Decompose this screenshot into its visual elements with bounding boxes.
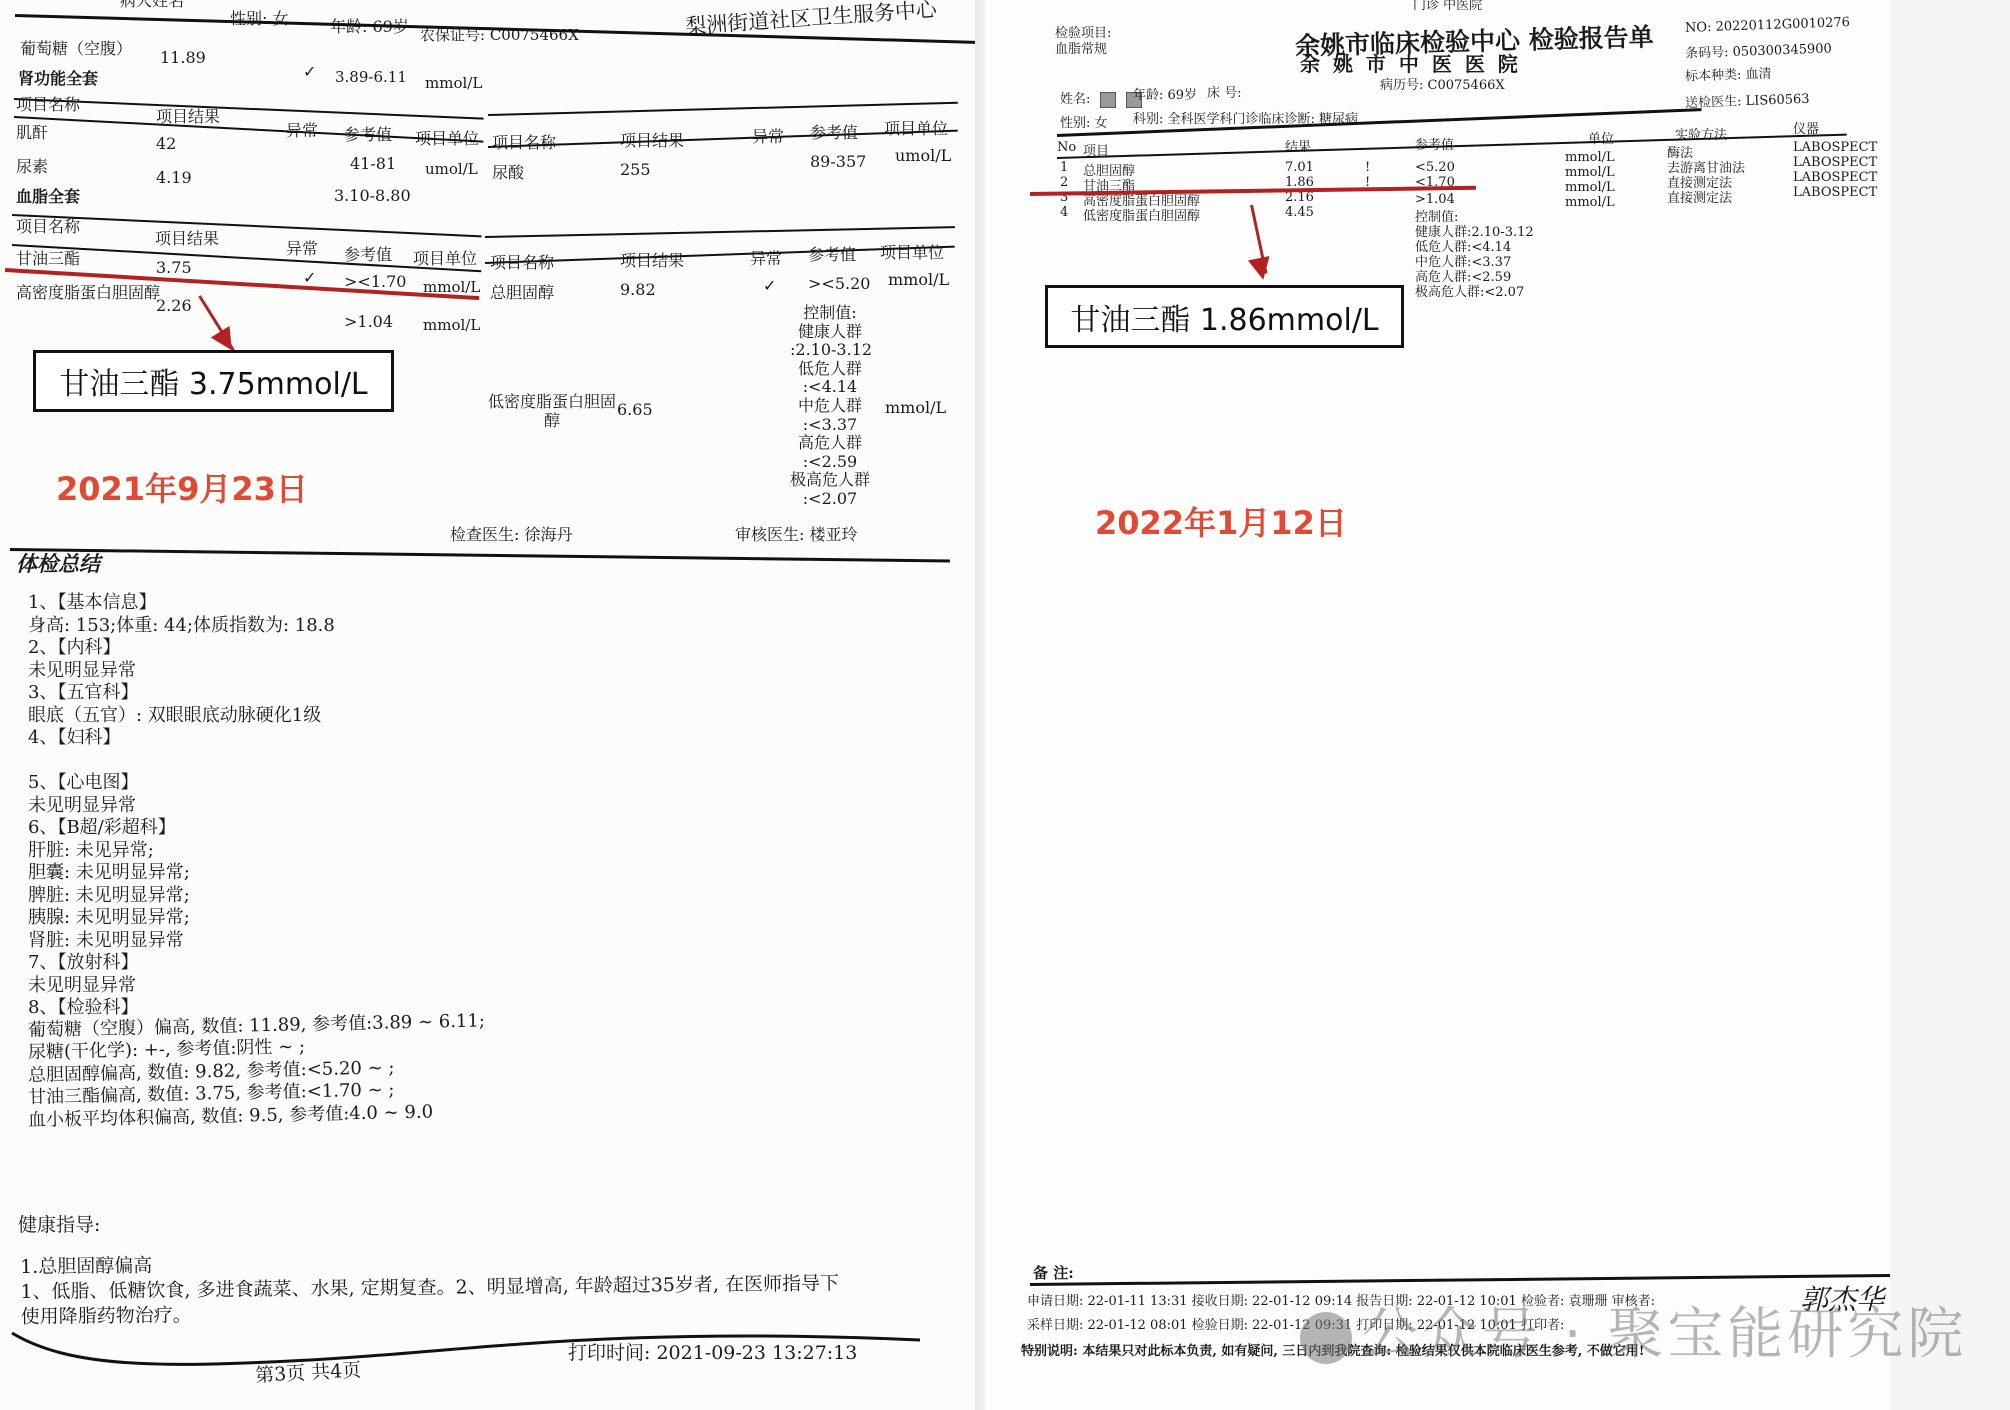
cell-unit: mmol/L bbox=[1565, 165, 1615, 180]
cell-no: 4 bbox=[1060, 205, 1068, 220]
triglyceride-flag: ✓ bbox=[303, 268, 316, 287]
header-result: 项目结果 bbox=[620, 128, 684, 151]
patient-name-label: 姓名: bbox=[1060, 88, 1142, 108]
cell-ref: <5.20 bbox=[1415, 160, 1455, 175]
summary-line: 肝脏: 未见异常; bbox=[28, 840, 485, 863]
summary-line: 2、【内科】 bbox=[28, 637, 485, 660]
cell-flag: ! bbox=[1365, 160, 1370, 175]
guidance-title: 健康指导: bbox=[18, 1210, 100, 1237]
header-ref: 参考值 bbox=[344, 242, 392, 265]
summary-line: 4、【妇科】 bbox=[28, 727, 485, 750]
header-unit: 项目单位 bbox=[413, 246, 477, 269]
ref-line: :2.10-3.12 bbox=[790, 341, 870, 360]
test-item-value: 血脂常规 bbox=[1055, 38, 1107, 57]
summary-line: 6、【B超/彩超科】 bbox=[28, 817, 485, 840]
summary-line: 7、【放射科】 bbox=[28, 952, 485, 975]
ldl-result: 6.65 bbox=[617, 400, 653, 419]
summary-line: 1、【基本信息】 bbox=[28, 592, 485, 615]
right-report-page: 门诊 中医院 检验项目: 血脂常规 余姚市临床检验中心 检验报告单 余 姚 市 … bbox=[985, 0, 1890, 1410]
header-name: 项目名称 bbox=[16, 92, 80, 115]
glucose-unit: mmol/L bbox=[425, 74, 482, 92]
row-ref: 3.10-8.80 bbox=[334, 186, 411, 205]
gender: 性别: 女 bbox=[230, 6, 288, 29]
summary-line: 眼底（五官）: 双眼眼底动脉硬化1级 bbox=[28, 705, 485, 728]
ref-line: 低危人群 bbox=[790, 360, 870, 379]
summary-line: 3、【五官科】 bbox=[28, 682, 485, 705]
row-ref: 41-81 bbox=[350, 154, 396, 173]
header-unit: 项目单位 bbox=[884, 116, 948, 139]
hdl-name: 高密度脂蛋白胆固醇 bbox=[16, 280, 160, 303]
partial-header-text: 病人姓名 bbox=[120, 0, 184, 11]
header-unit: 项目单位 bbox=[880, 240, 944, 263]
summary-line: 未见明显异常 bbox=[28, 660, 485, 683]
print-time: 打印时间: 2021-09-23 13:27:13 bbox=[568, 1338, 857, 1365]
date-label-2022: 2022年1月12日 bbox=[1095, 498, 1347, 544]
cell-result: 4.45 bbox=[1285, 205, 1314, 220]
header-name: 项目名称 bbox=[16, 214, 80, 237]
ref-line: 中危人群 bbox=[790, 397, 870, 416]
lipid-section-title: 血脂全套 bbox=[16, 184, 80, 207]
ref-line: 控制值: bbox=[790, 304, 870, 323]
row-result: 4.19 bbox=[156, 168, 192, 187]
row-name: 肌酐 bbox=[16, 120, 48, 143]
header-result: 项目结果 bbox=[155, 226, 219, 249]
row-name: 尿素 bbox=[16, 154, 48, 177]
summary-line: 5、【心电图】 bbox=[28, 772, 485, 795]
total-cholesterol-name: 总胆固醇 bbox=[490, 280, 554, 303]
header-abnormal: 异常 bbox=[750, 246, 782, 269]
cell-ref: >1.04 bbox=[1415, 192, 1455, 207]
hospital-name: 余 姚 市 中 医 医 院 bbox=[1300, 48, 1521, 77]
triglyceride-callout-2021: 甘油三酯 3.75mmol/L bbox=[33, 350, 394, 412]
record-no: 病历号: C0075466X bbox=[1380, 74, 1505, 93]
patient-age: 年龄: 69岁 bbox=[1133, 84, 1197, 103]
col-ref: 参考值 bbox=[1415, 134, 1454, 153]
total-cholesterol-result: 9.82 bbox=[620, 280, 656, 299]
ref-line: 中危人群:<3.37 bbox=[1415, 255, 1534, 270]
bed-no: 床 号: bbox=[1207, 82, 1242, 101]
divider bbox=[488, 102, 958, 116]
row-result: 42 bbox=[156, 134, 176, 153]
divider bbox=[12, 214, 482, 237]
header-name: 项目名称 bbox=[490, 250, 554, 273]
ref-line: 健康人群:2.10-3.12 bbox=[1415, 225, 1534, 240]
ref-line: 极高危人群:<2.07 bbox=[1415, 285, 1534, 300]
ldl-reference-list: 控制值:健康人群:2.10-3.12低危人群:<4.14中危人群:<3.37高危… bbox=[790, 304, 870, 509]
cell-no: 1 bbox=[1060, 160, 1068, 175]
divider bbox=[12, 244, 481, 272]
specimen-type: 标本种类: 血清 bbox=[1685, 62, 1772, 84]
cell-result: 7.01 bbox=[1285, 160, 1314, 175]
date-label-2021: 2021年9月23日 bbox=[56, 464, 308, 510]
review-doctor: 审核医生: 楼亚玲 bbox=[735, 522, 857, 545]
ldl-reference-list: 控制值:健康人群:2.10-3.12低危人群:<4.14中危人群:<3.37高危… bbox=[1415, 210, 1534, 300]
summary-line: 未见明显异常 bbox=[28, 975, 485, 998]
cell-unit: mmol/L bbox=[1565, 195, 1615, 210]
summary-line: 胰腺: 未见明显异常; bbox=[28, 907, 485, 930]
total-cholesterol-ref: ><5.20 bbox=[808, 274, 870, 293]
divider bbox=[1030, 1274, 1890, 1286]
dept-top: 门诊 中医院 bbox=[1413, 0, 1482, 13]
ref-line: 高危人群 bbox=[790, 434, 870, 453]
glucose-name: 葡萄糖（空腹） bbox=[20, 36, 132, 59]
summary-line: 肾脏: 未见明显异常 bbox=[28, 930, 485, 953]
left-report-page: 病人姓名 性别: 女 年龄: 69岁 农保证号: C0075466X 梨洲街道社… bbox=[0, 0, 985, 1410]
triglyceride-name: 甘油三酯 bbox=[16, 246, 80, 269]
watermark: 公众号 · 聚宝能研究院 bbox=[1300, 1290, 1967, 1370]
check-doctor: 检查医生: 徐海丹 bbox=[450, 522, 572, 545]
hdl-result: 2.26 bbox=[156, 296, 192, 315]
page-info: 第3页 共4页 bbox=[254, 1355, 361, 1388]
exam-summary: 1、【基本信息】身高: 153;体重: 44;体质指数为: 18.82、【内科】… bbox=[28, 592, 485, 1132]
row-unit: umol/L bbox=[425, 160, 478, 178]
cell-unit: mmol/L bbox=[1565, 150, 1615, 165]
col-unit: 单位 bbox=[1588, 128, 1614, 147]
header-ref: 参考值 bbox=[810, 120, 858, 143]
summary-title: 体检总结 bbox=[16, 548, 100, 578]
cell-no: 2 bbox=[1060, 175, 1068, 190]
summary-line bbox=[28, 750, 485, 773]
ref-line: 健康人群 bbox=[790, 323, 870, 342]
barcode-no: 条码号: 050300345900 bbox=[1685, 37, 1832, 61]
header-abnormal: 异常 bbox=[752, 124, 784, 147]
cell-instrument: LABOSPECT bbox=[1793, 185, 1877, 200]
row-unit: umol/L bbox=[895, 146, 951, 165]
ref-line: :<2.07 bbox=[790, 490, 870, 509]
row-name: 尿酸 bbox=[492, 160, 524, 183]
divider bbox=[10, 548, 950, 562]
header-abnormal: 异常 bbox=[286, 236, 318, 259]
row-ref: 89-357 bbox=[810, 152, 866, 171]
triglyceride-result: 3.75 bbox=[156, 258, 192, 277]
col-result: 结果 bbox=[1285, 136, 1311, 155]
wechat-icon bbox=[1300, 1312, 1352, 1364]
cell-unit: mmol/L bbox=[1565, 180, 1615, 195]
ref-line: 低危人群:<4.14 bbox=[1415, 240, 1534, 255]
ref-line: 高危人群:<2.59 bbox=[1415, 270, 1534, 285]
glucose-flag: ✓ bbox=[303, 62, 316, 81]
report-no: NO: 20220112G0010276 bbox=[1685, 15, 1850, 36]
header-ref: 参考值 bbox=[808, 242, 856, 265]
ldl-unit: mmol/L bbox=[885, 398, 946, 417]
triglyceride-callout-2022: 甘油三酯 1.86mmol/L bbox=[1045, 285, 1404, 348]
glucose-ref: 3.89-6.11 bbox=[335, 68, 407, 86]
header-abnormal: 异常 bbox=[286, 118, 318, 141]
hdl-ref: >1.04 bbox=[344, 312, 393, 331]
total-cholesterol-unit: mmol/L bbox=[888, 270, 949, 289]
summary-line: 身高: 153;体重: 44;体质指数为: 18.8 bbox=[28, 615, 485, 638]
col-no: No bbox=[1057, 140, 1076, 155]
cell-method: 直接测定法 bbox=[1667, 187, 1732, 206]
arrow-down-icon bbox=[1248, 256, 1274, 282]
cell-item: 低密度脂蛋白胆固醇 bbox=[1083, 205, 1200, 224]
divider bbox=[14, 116, 483, 143]
glucose-result: 11.89 bbox=[160, 48, 206, 67]
summary-line: 胆囊: 未见明显异常; bbox=[28, 862, 485, 885]
header-name: 项目名称 bbox=[492, 130, 556, 153]
sender-doctor: 送检医生: LIS60563 bbox=[1685, 88, 1810, 111]
ref-line: :<4.14 bbox=[790, 378, 870, 397]
redacted-name bbox=[1100, 92, 1116, 108]
patient-gender: 性别: 女 bbox=[1060, 112, 1108, 131]
cell-instrument: LABOSPECT bbox=[1793, 140, 1877, 155]
kidney-section-title: 肾功能全套 bbox=[18, 66, 98, 89]
cell-instrument: LABOSPECT bbox=[1793, 170, 1877, 185]
summary-line: 脾脏: 未见明显异常; bbox=[28, 885, 485, 908]
divider bbox=[485, 226, 955, 238]
notes-label: 备 注: bbox=[1033, 1262, 1074, 1283]
summary-line: 未见明显异常 bbox=[28, 795, 485, 818]
row-result: 255 bbox=[620, 160, 651, 179]
ref-line: 极高危人群 bbox=[790, 471, 870, 490]
ref-line: :<3.37 bbox=[790, 416, 870, 435]
divider bbox=[14, 98, 484, 120]
hdl-unit: mmol/L bbox=[423, 316, 480, 334]
ldl-name: 低密度脂蛋白胆固醇 bbox=[487, 392, 617, 430]
header-result: 项目结果 bbox=[620, 248, 684, 271]
total-cholesterol-flag: ✓ bbox=[763, 276, 776, 295]
ref-line: :<2.59 bbox=[790, 453, 870, 472]
ref-line: 控制值: bbox=[1415, 210, 1534, 225]
cell-instrument: LABOSPECT bbox=[1793, 155, 1877, 170]
